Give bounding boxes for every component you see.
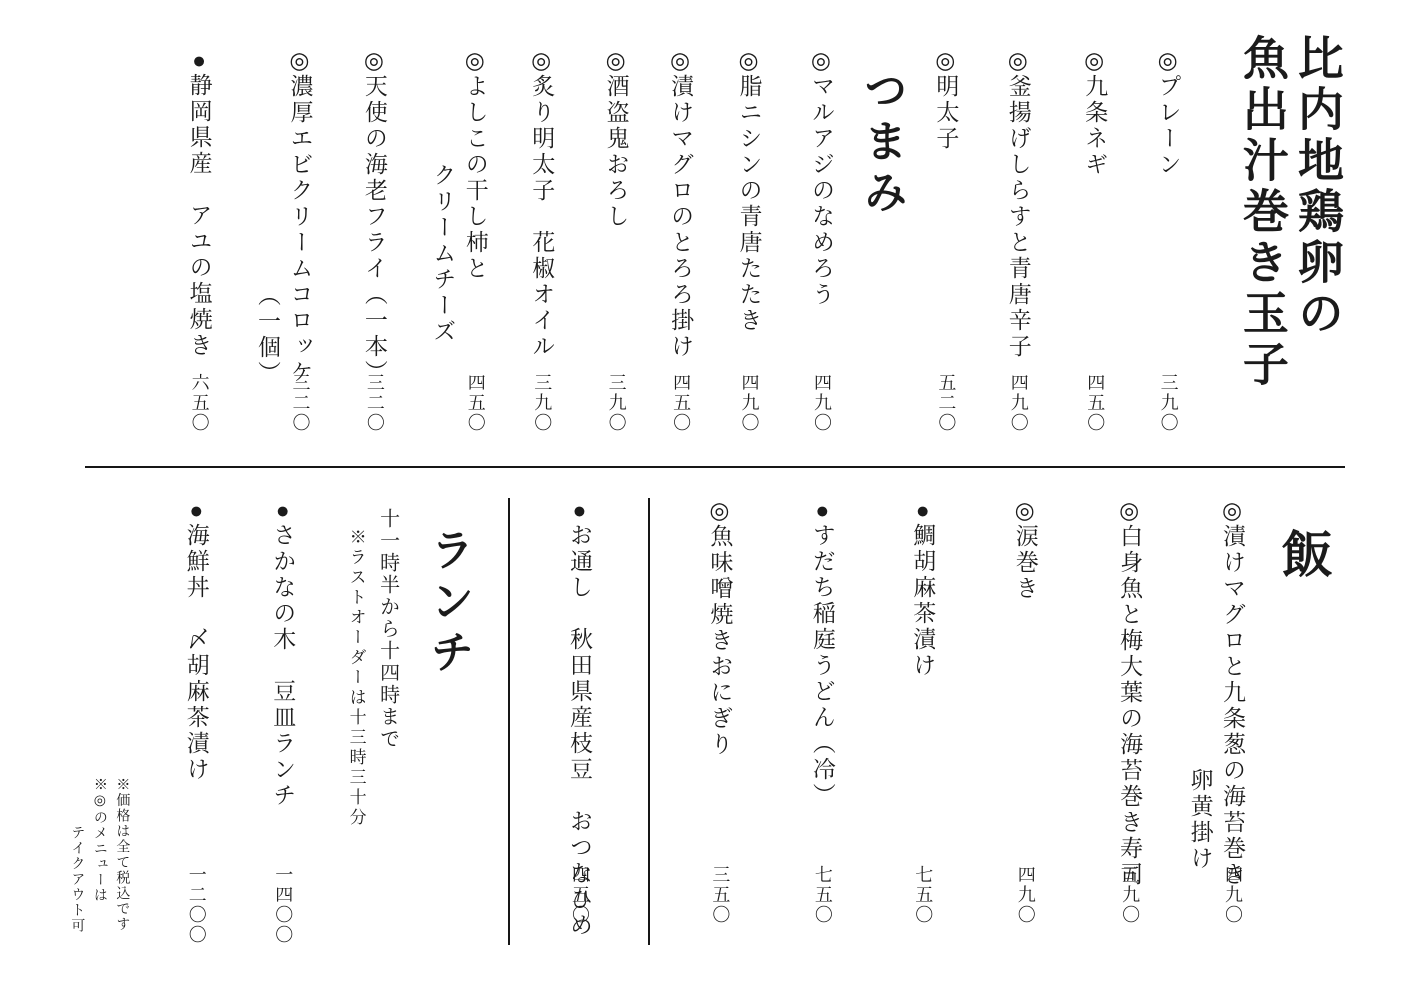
lunch-hours: 十一時半から十四時まで <box>376 508 400 945</box>
item-marker-icon: ◎ <box>362 48 387 74</box>
menu-item-name-line2: クリームチーズ <box>429 163 455 440</box>
item-marker-icon: ◎ <box>1156 48 1181 74</box>
menu-item: ◎釜揚げしらすと青唐辛子 四九〇 <box>1004 48 1030 440</box>
menu-item-price: 一二〇〇 <box>185 865 207 945</box>
tsumami-heading: つまみ <box>855 67 907 440</box>
lunch-last-order-note: ※ラストオーダーは十三時三十分 <box>345 528 365 945</box>
menu-item-price: 五九〇 <box>1119 865 1141 925</box>
menu-item: ◎漬けマグロのとろろ掛け 四五〇 <box>667 48 693 440</box>
item-marker-icon: ◎ <box>604 48 629 74</box>
menu-item-name: 白身魚と梅大葉の海苔巻き寿司 <box>1117 524 1142 888</box>
menu-item-price: 四九〇 <box>1007 373 1029 433</box>
menu-item-price: 四九〇 <box>738 373 760 433</box>
menu-item: ◎魚味噌焼きおにぎり 三五〇 <box>706 498 732 945</box>
menu-item-name: 涙巻き <box>1013 524 1038 602</box>
menu-item: ●すだち稲庭うどん（冷） 七五〇 <box>808 498 834 945</box>
item-marker-icon: ◎ <box>707 498 732 524</box>
menu-item-price: 四五〇 <box>464 373 486 433</box>
menu-item-price: 四五〇 <box>670 373 692 433</box>
menu-item-name: 明太子 <box>933 74 958 152</box>
menu-item: ◎マルアジのなめろう 四九〇 <box>808 48 834 440</box>
menu-item-name: 魚味噌焼きおにぎり <box>707 524 732 758</box>
menu-item: ◎天使の海老フライ（一本） 三二〇 <box>360 48 386 440</box>
item-marker-icon: ● <box>567 498 592 523</box>
footnote-tax: ※価格は全て税込です <box>113 777 131 945</box>
menu-item-name: 酒盗鬼おろし <box>604 74 629 230</box>
item-marker-icon: ◎ <box>737 48 762 74</box>
menu-title-line1: 比内地鶏卵の <box>1292 34 1343 340</box>
menu-item: ◎炙り明太子 花椒オイル 三九〇 <box>528 48 554 440</box>
item-marker-icon: ◎ <box>933 48 958 74</box>
menu-item-price: 七五〇 <box>912 865 934 925</box>
menu-item-name: 天使の海老フライ（一本） <box>362 74 387 386</box>
vertical-divider <box>648 498 650 945</box>
menu-item: ●さかなの木 豆皿ランチ 一四〇〇 <box>269 498 295 945</box>
menu-item-name: プレーン <box>1156 74 1181 178</box>
menu-item: ◎涙巻き 四九〇 <box>1011 498 1037 945</box>
menu-item-name: さかなの木 豆皿ランチ <box>270 523 295 809</box>
item-marker-icon: ◎ <box>1220 498 1245 524</box>
menu-item: ●鯛胡麻茶漬け 七五〇 <box>909 498 935 945</box>
item-marker-icon: ◎ <box>529 48 554 74</box>
menu-item: ◎明太子 五二〇 <box>932 48 958 440</box>
menu-item-price: 四五〇 <box>568 865 590 925</box>
menu-item-name: よしこの干し柿と <box>463 74 488 282</box>
menu-title-line2: 魚出汁巻き玉子 <box>1237 34 1288 391</box>
menu-item: ●お通し 秋田県産枝豆 おつなひめ 四五〇 <box>566 498 592 945</box>
menu-item: ●海鮮丼 〆胡麻茶漬け 一二〇〇 <box>182 498 208 945</box>
menu-item-price: 七五〇 <box>811 865 833 925</box>
menu-item-price: 四九〇 <box>1014 865 1036 925</box>
menu-item-name: 静岡県産 アユの塩焼き <box>187 73 212 359</box>
menu-item-price: 三九〇 <box>531 373 553 433</box>
menu-item-name-line2: 卵黄掛け <box>1186 768 1212 945</box>
footnote-takeout: ※◎のメニューは <box>90 777 108 945</box>
menu-item-name: 漬けマグロのとろろ掛け <box>668 74 693 360</box>
item-marker-icon: ◎ <box>668 48 693 74</box>
item-marker-icon: ● <box>810 498 835 523</box>
menu-item-price: 五二〇 <box>935 373 957 433</box>
menu-item-name: 炙り明太子 花椒オイル <box>529 74 554 360</box>
menu-item: ◎九条ネギ 四五〇 <box>1081 48 1107 440</box>
menu-item-price: 一四〇〇 <box>272 865 294 945</box>
vertical-divider <box>508 498 510 945</box>
menu-item-name: 濃厚エビクリームコロッケ <box>287 74 312 386</box>
menu-item: ◎漬けマグロと九条葱の海苔巻き 卵黄掛け 四九〇 <box>1186 498 1245 945</box>
menu-item: ◎脂ニシンの青唐たたき 四九〇 <box>735 48 761 440</box>
menu-item: ◎酒盗鬼おろし 三九〇 <box>602 48 628 440</box>
menu-item-name: 海鮮丼 〆胡麻茶漬け <box>184 523 209 783</box>
menu-item-name: 九条ネギ <box>1082 74 1107 178</box>
lunch-heading: ランチ <box>422 527 474 945</box>
item-marker-icon: ◎ <box>1006 48 1031 74</box>
menu-item-price: 三二〇 <box>363 373 385 433</box>
item-marker-icon: ● <box>270 498 295 523</box>
menu-item-name: 釜揚げしらすと青唐辛子 <box>1006 74 1031 360</box>
item-marker-icon: ◎ <box>287 48 312 74</box>
horizontal-divider <box>85 466 1345 468</box>
menu-item: ◎濃厚エビクリームコロッケ （一個） 三二〇 <box>254 48 313 440</box>
menu-item-price: 三九〇 <box>605 373 627 433</box>
item-marker-icon: ● <box>910 498 935 523</box>
footnotes: ※価格は全て税込です ※◎のメニューは テイクアウト可 <box>68 777 131 945</box>
menu-item-name: マルアジのなめろう <box>809 74 834 308</box>
menu-item: ◎プレーン 三九〇 <box>1154 48 1180 440</box>
menu-page: 比内地鶏卵の魚出汁巻き玉子 ◎プレーン 三九〇 ◎九条ネギ 四五〇 ◎釜揚げしら… <box>0 0 1416 1002</box>
menu-item-price: 四九〇 <box>810 373 832 433</box>
tamago-tsumami-section: 比内地鶏卵の魚出汁巻き玉子 ◎プレーン 三九〇 ◎九条ネギ 四五〇 ◎釜揚げしら… <box>185 34 1345 440</box>
menu-item-price: 三九〇 <box>1157 373 1179 433</box>
item-marker-icon: ◎ <box>463 48 488 74</box>
menu-title: 比内地鶏卵の魚出汁巻き玉子 <box>1235 34 1345 440</box>
item-marker-icon: ● <box>184 498 209 523</box>
menu-item: ●静岡県産 アユの塩焼き 六五〇 <box>185 48 211 440</box>
menu-item-price: 四九〇 <box>1221 865 1243 925</box>
item-marker-icon: ◎ <box>809 48 834 74</box>
meshi-heading: 飯 <box>1273 528 1332 945</box>
menu-item-name-line2: （一個） <box>254 283 280 440</box>
menu-item-name: すだち稲庭うどん（冷） <box>810 523 835 809</box>
menu-item-name: 漬けマグロと九条葱の海苔巻き <box>1220 524 1245 888</box>
menu-item-name: 鯛胡麻茶漬け <box>910 523 935 679</box>
menu-item-price: 四五〇 <box>1084 373 1106 433</box>
item-marker-icon: ◎ <box>1082 48 1107 74</box>
footnote-takeout-cont: テイクアウト可 <box>68 825 86 945</box>
item-marker-icon: ● <box>187 48 212 73</box>
menu-item-price: 三五〇 <box>709 865 731 925</box>
item-marker-icon: ◎ <box>1013 498 1038 524</box>
menu-item-price: 三二〇 <box>289 373 311 433</box>
meshi-lunch-section: 飯 ◎漬けマグロと九条葱の海苔巻き 卵黄掛け 四九〇 ◎白身魚と梅大葉の海苔巻き… <box>63 498 1332 945</box>
menu-item-name: 脂ニシンの青唐たたき <box>737 74 762 334</box>
menu-item: ◎白身魚と梅大葉の海苔巻き寿司 五九〇 <box>1116 498 1142 945</box>
menu-item: ◎よしこの干し柿と クリームチーズ 四五〇 <box>429 48 488 440</box>
menu-item-price: 六五〇 <box>188 373 210 433</box>
item-marker-icon: ◎ <box>1117 498 1142 524</box>
